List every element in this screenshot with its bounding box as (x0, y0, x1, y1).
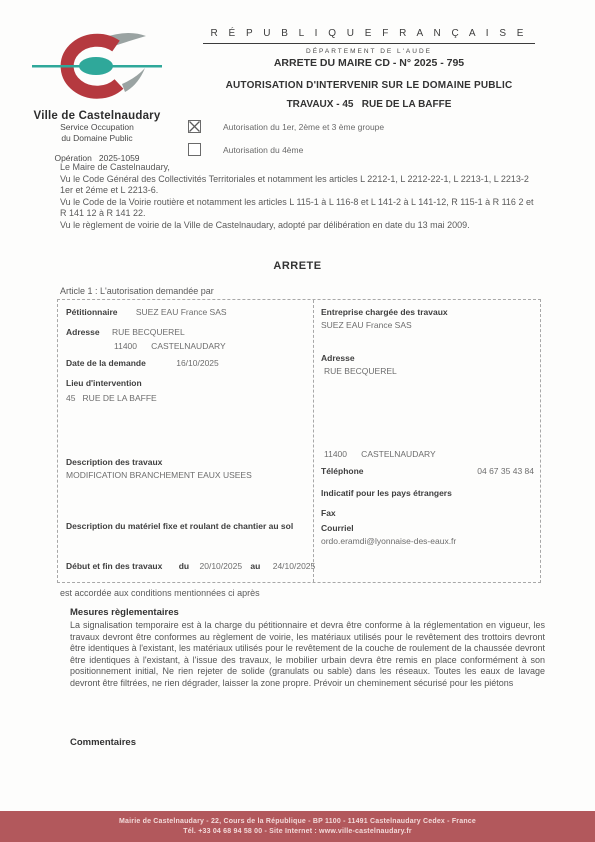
date-demande-label: Date de la demande (66, 358, 146, 368)
departement-subtitle: DÉPARTEMENT DE L'AUDE (165, 48, 573, 55)
courriel-label: Courriel (321, 523, 354, 533)
debut-fin-label: Début et fin des travaux (66, 561, 162, 571)
du-date-value: 20/10/2025 (200, 561, 243, 571)
adresse-value-right: RUE BECQUEREL (324, 366, 397, 376)
vu-voirie-code: Vu le Code de la Voirie routière et nota… (60, 197, 542, 220)
checkbox-row-group-4: Autorisation du 4ème (188, 143, 303, 156)
description-materiel-label: Description du matériel fixe et roulant … (66, 521, 293, 531)
indicatif-label: Indicatif pour les pays étrangers (321, 488, 452, 498)
petitionnaire-label: Pétitionnaire (66, 307, 117, 317)
city-logo-block: Ville de Castelnaudary Service Occupatio… (22, 28, 172, 163)
document-header: R É P U B L I Q U E F R A N Ç A I S E DÉ… (165, 0, 573, 110)
conditions-line: est accordée aux conditions mentionnées … (60, 588, 260, 598)
adresse-label-left: Adresse (66, 327, 100, 337)
authorization-title: AUTORISATION D'INTERVENIR SUR LE DOMAINE… (165, 80, 573, 91)
au-date-value: 24/10/2025 (273, 561, 316, 571)
preamble: Le Maire de Castelnaudary, Vu le Code Gé… (60, 162, 542, 232)
petitionnaire-row: Pétitionnaire SUEZ EAU France SAS (66, 307, 227, 317)
republique-francaise-title: R É P U B L I Q U E F R A N Ç A I S E (203, 28, 536, 44)
adresse-city-left: 11400 CASTELNAUDARY (114, 341, 226, 351)
mesures-reglementaires-body: La signalisation temporaire est à la cha… (70, 620, 545, 690)
commentaires-title: Commentaires (70, 737, 136, 748)
city-right: 11400 CASTELNAUDARY (324, 449, 436, 459)
adresse-value-left: RUE BECQUEREL (112, 327, 185, 337)
telephone-row: Téléphone 04 67 35 43 84 (321, 466, 534, 476)
footer-band: Mairie de Castelnaudary - 22, Cours de l… (0, 811, 595, 842)
article-1-intro: Article 1 : L'autorisation demandée par (60, 286, 214, 296)
lieu-intervention-value: 45 RUE DE LA BAFFE (66, 393, 157, 403)
du-label: du (179, 561, 189, 571)
entreprise-value: SUEZ EAU France SAS (321, 320, 412, 330)
arrete-section-title: ARRETE (0, 260, 595, 272)
courriel-value: ordo.eramdi@lyonnaise-des-eaux.fr (321, 536, 456, 546)
entreprise-label: Entreprise chargée des travaux (321, 307, 448, 317)
travaux-title: TRAVAUX - 45 RUE DE LA BAFFE (165, 99, 573, 110)
au-label: au (250, 561, 260, 571)
date-demande-row: Date de la demande 16/10/2025 (66, 358, 219, 368)
adresse-row-left: Adresse RUE BECQUEREL (66, 327, 185, 337)
telephone-label: Téléphone (321, 466, 364, 476)
lieu-intervention-label: Lieu d'intervention (66, 378, 142, 388)
arrete-number-title: ARRETE DU MAIRE CD - N° 2025 - 795 (165, 57, 573, 69)
footer-contact-line: Tél. +33 04 68 94 58 00 - Site Internet … (0, 827, 595, 837)
petitionnaire-value: SUEZ EAU France SAS (136, 307, 227, 317)
service-line-1: Service Occupation (22, 122, 172, 133)
maire-line: Le Maire de Castelnaudary, (60, 162, 542, 174)
checkbox-label-group-123: Autorisation du 1er, 2ème et 3 ème group… (223, 122, 384, 132)
footer-address-line: Mairie de Castelnaudary - 22, Cours de l… (0, 817, 595, 827)
description-travaux-label: Description des travaux (66, 457, 162, 467)
telephone-value: 04 67 35 43 84 (477, 466, 534, 476)
checkbox-x-icon (189, 121, 200, 132)
vu-cgct: Vu le Code Général des Collectivités Ter… (60, 174, 542, 197)
adresse-label-right: Adresse (321, 353, 355, 363)
checkbox-label-group-4: Autorisation du 4ème (223, 145, 303, 155)
checkbox-row-group-123: Autorisation du 1er, 2ème et 3 ème group… (188, 120, 384, 133)
authorization-table: Pétitionnaire SUEZ EAU France SAS Adress… (57, 299, 541, 583)
debut-fin-row: Début et fin des travaux du 20/10/2025 a… (66, 561, 315, 571)
vu-reglement: Vu le règlement de voirie de la Ville de… (60, 220, 542, 232)
fax-label: Fax (321, 508, 336, 518)
date-demande-value: 16/10/2025 (176, 358, 219, 368)
checkbox-checked (188, 120, 201, 133)
mesures-reglementaires-title: Mesures règlementaires (70, 607, 179, 618)
document-page: Ville de Castelnaudary Service Occupatio… (0, 0, 595, 842)
checkbox-unchecked (188, 143, 201, 156)
description-travaux-value: MODIFICATION BRANCHEMENT EAUX USEES (66, 470, 252, 480)
city-name: Ville de Castelnaudary (22, 110, 172, 122)
castelnaudary-logo-icon (32, 28, 162, 108)
table-column-divider (313, 300, 314, 582)
service-line-2: du Domaine Public (22, 133, 172, 144)
